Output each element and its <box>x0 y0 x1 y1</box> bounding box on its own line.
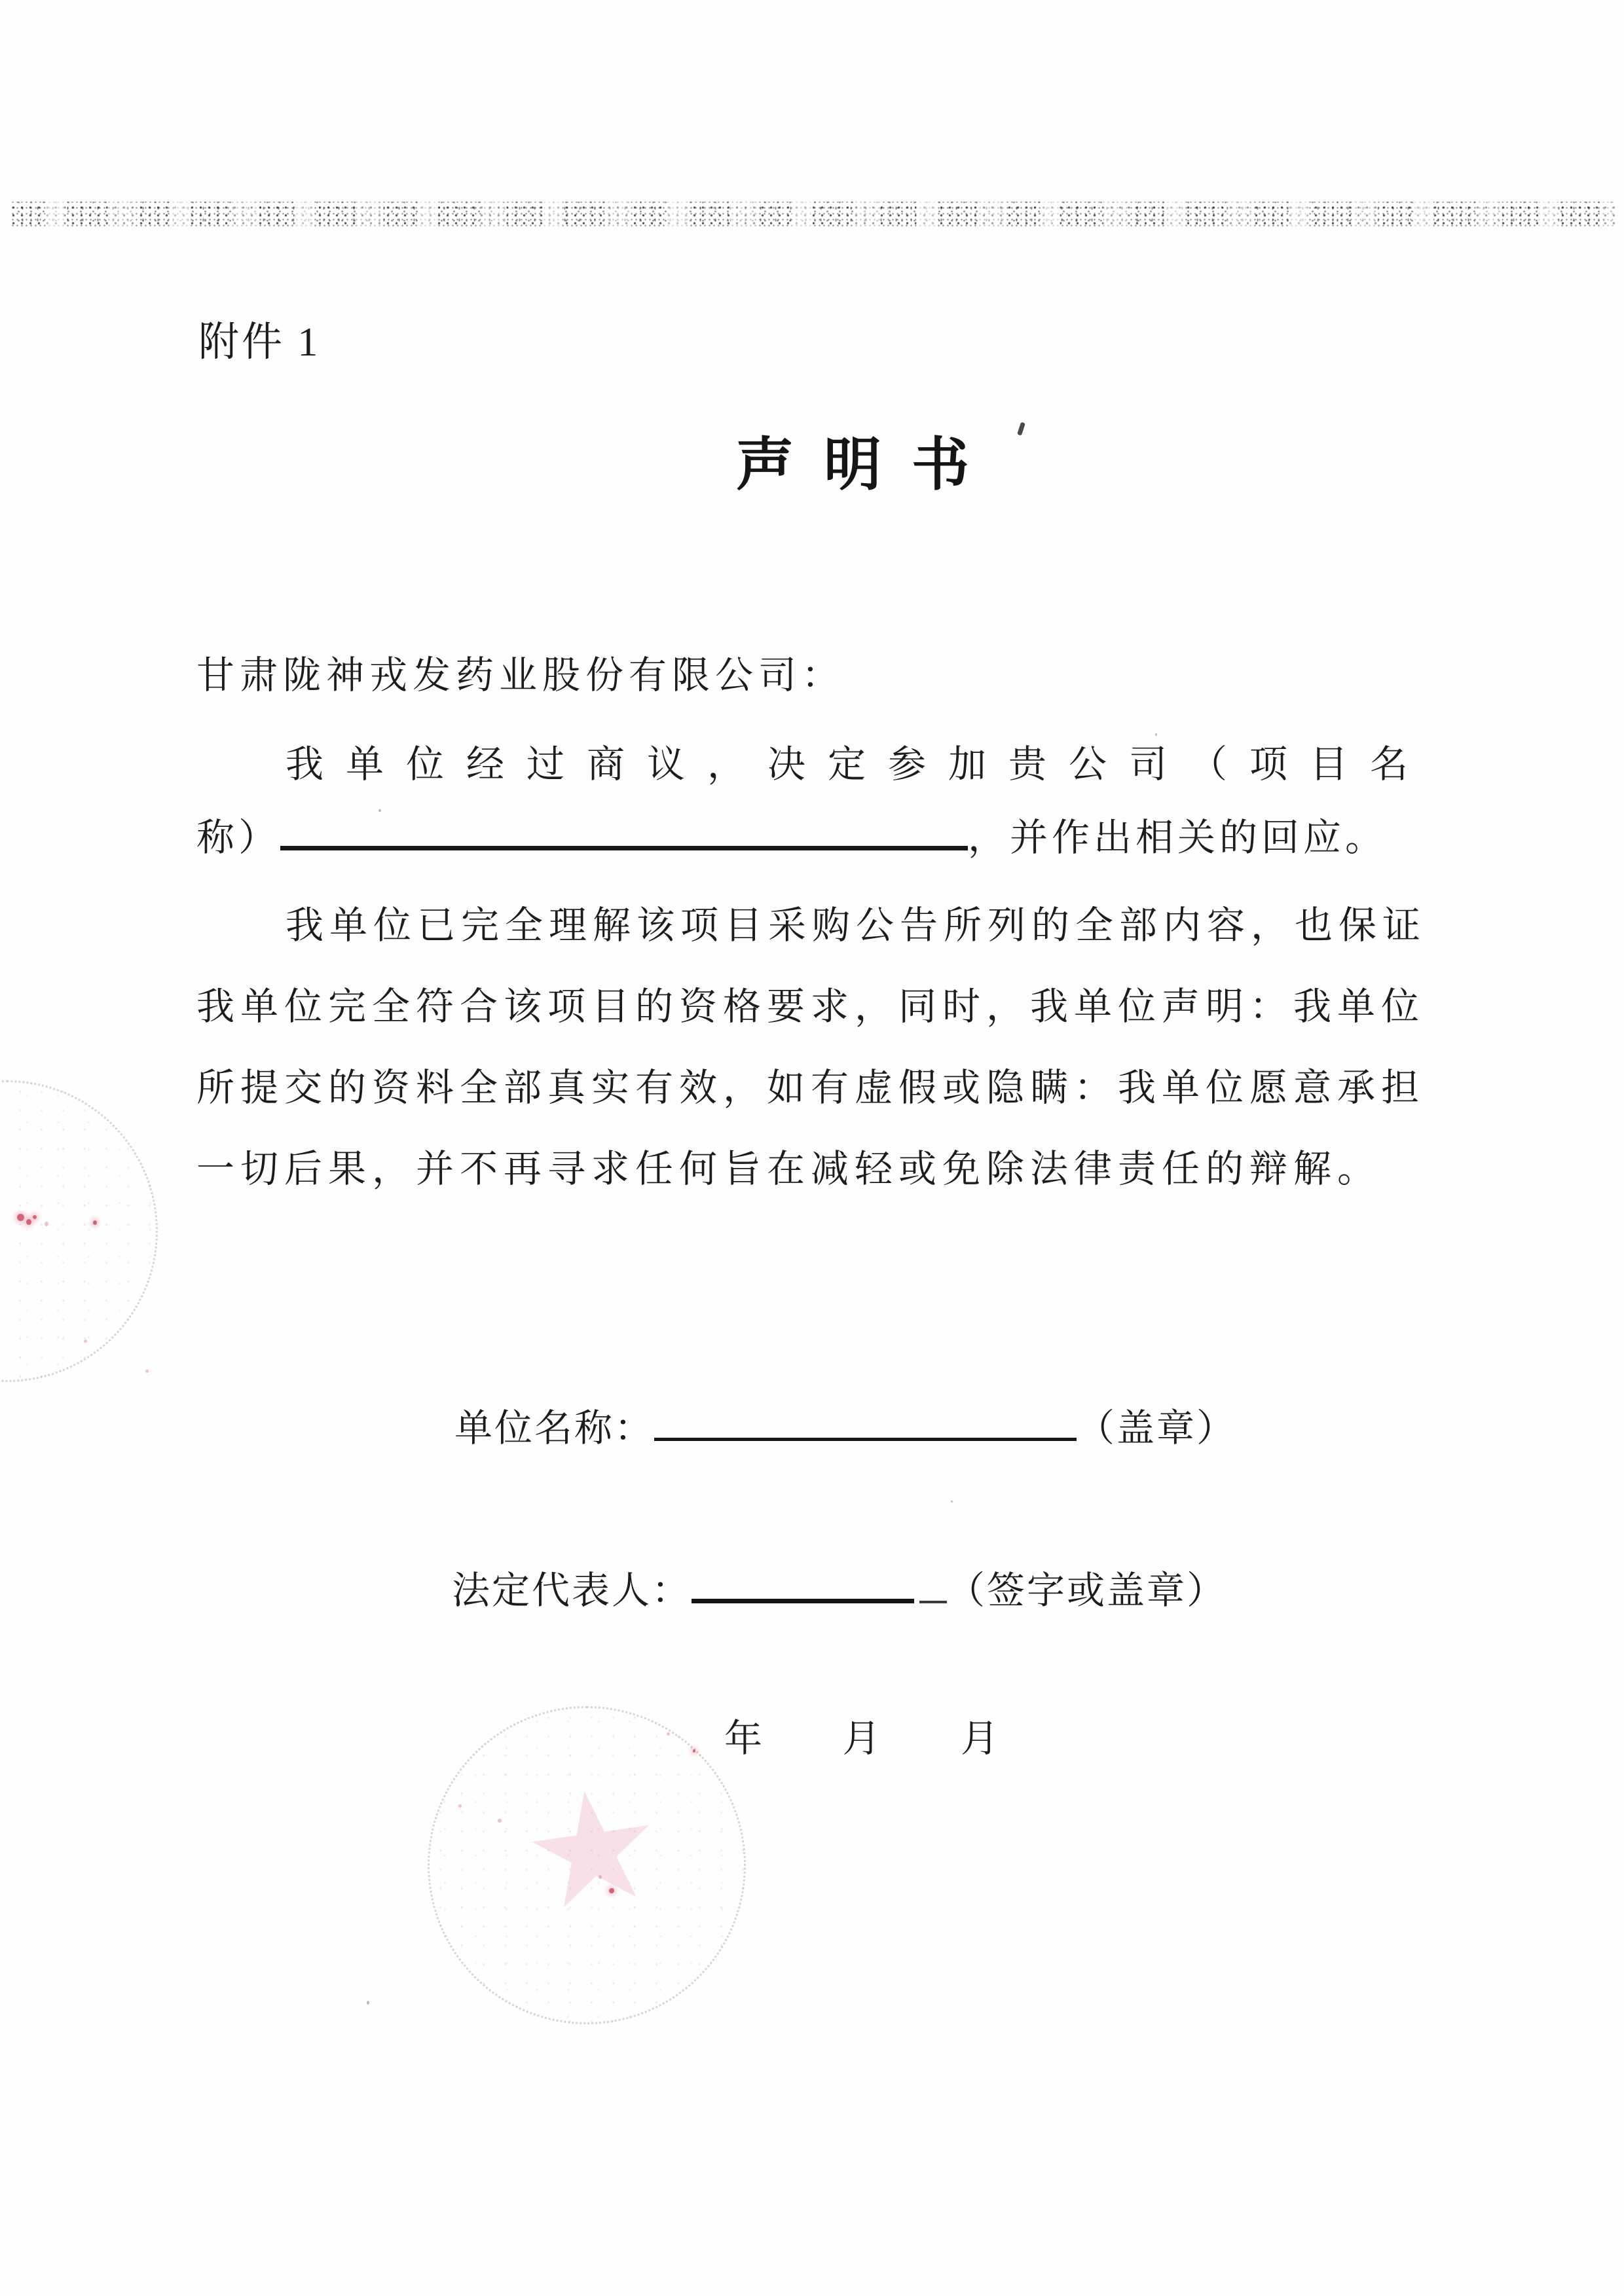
signature-company-line: 单位名称：（盖章） <box>454 1388 1236 1469</box>
dust-speck <box>367 2001 369 2005</box>
attachment-label: 附件 1 <box>198 313 321 372</box>
dust-speck <box>1155 733 1157 736</box>
para1-line2-suffix: ，并作出相关的回应。 <box>968 816 1387 859</box>
dust-speck <box>951 1501 953 1503</box>
ink-speck <box>45 1222 48 1226</box>
paragraph-line: 我单位完全符合该项目的资格要求，同时，我单位声明：我单位 <box>196 966 1447 1048</box>
company-name-blank <box>654 1438 1077 1441</box>
company-name-label: 单位名称： <box>454 1407 654 1449</box>
stamp-circle-left <box>0 1080 158 1382</box>
legal-rep-blank <box>692 1599 914 1603</box>
stamp-star-icon: ★ <box>500 1757 685 1942</box>
ink-speck <box>498 1819 502 1823</box>
para1-line2-prefix: 称） <box>196 816 280 859</box>
legal-rep-label: 法定代表人： <box>452 1569 692 1612</box>
salutation: 甘肃陇神戎发药业股份有限公司： <box>196 635 845 716</box>
date-day-label: 月 <box>961 1698 999 1779</box>
paragraph-line: 我单位已完全理解该项目采购公告所列的全部内容，也保证 <box>196 885 1447 966</box>
legal-rep-blank-tail <box>919 1601 947 1603</box>
ink-speck <box>609 1888 614 1893</box>
ink-speck <box>84 1339 87 1343</box>
date-month-label: 月 <box>843 1698 881 1779</box>
signature-representative-line: 法定代表人：（签字或盖章） <box>452 1550 1227 1631</box>
ink-speck <box>33 1215 37 1219</box>
paragraph-line: 所提交的资料全部真实有效，如有虚假或隐瞒：我单位愿意承担 <box>196 1048 1447 1129</box>
scan-noise-band <box>9 202 1615 228</box>
para1-line1: 我单位经过商议，决定参加贵公司（项目名 <box>196 724 1430 805</box>
paragraph-line: 一切后果，并不再寻求任何旨在减轻或免除法律责任的辩解。 <box>196 1129 1447 1210</box>
dust-speck <box>378 809 381 812</box>
ink-speck <box>599 1875 602 1879</box>
para1-line2: 称），并作出相关的回应。 <box>196 797 1387 879</box>
ink-speck <box>17 1214 24 1221</box>
scanned-declaration-page: { "document": { "attachment_label": "附件 … <box>0 0 1624 2296</box>
ink-speck <box>145 1370 149 1373</box>
page-title: 声明书 <box>0 419 1624 501</box>
ink-speck <box>458 1804 462 1808</box>
ink-speck <box>26 1219 31 1225</box>
ink-speck <box>693 1749 695 1753</box>
ink-speck <box>93 1220 97 1225</box>
date-line: 年 月 月 <box>724 1698 999 1779</box>
project-name-blank <box>280 846 968 850</box>
legal-rep-note: （签字或盖章） <box>947 1569 1227 1612</box>
declaration-paragraph: 我单位已完全理解该项目采购公告所列的全部内容，也保证 我单位完全符合该项目的资格… <box>196 885 1447 1210</box>
ink-speck <box>667 1732 670 1736</box>
company-seal-note: （盖章） <box>1077 1407 1236 1449</box>
date-year-label: 年 <box>724 1698 762 1779</box>
